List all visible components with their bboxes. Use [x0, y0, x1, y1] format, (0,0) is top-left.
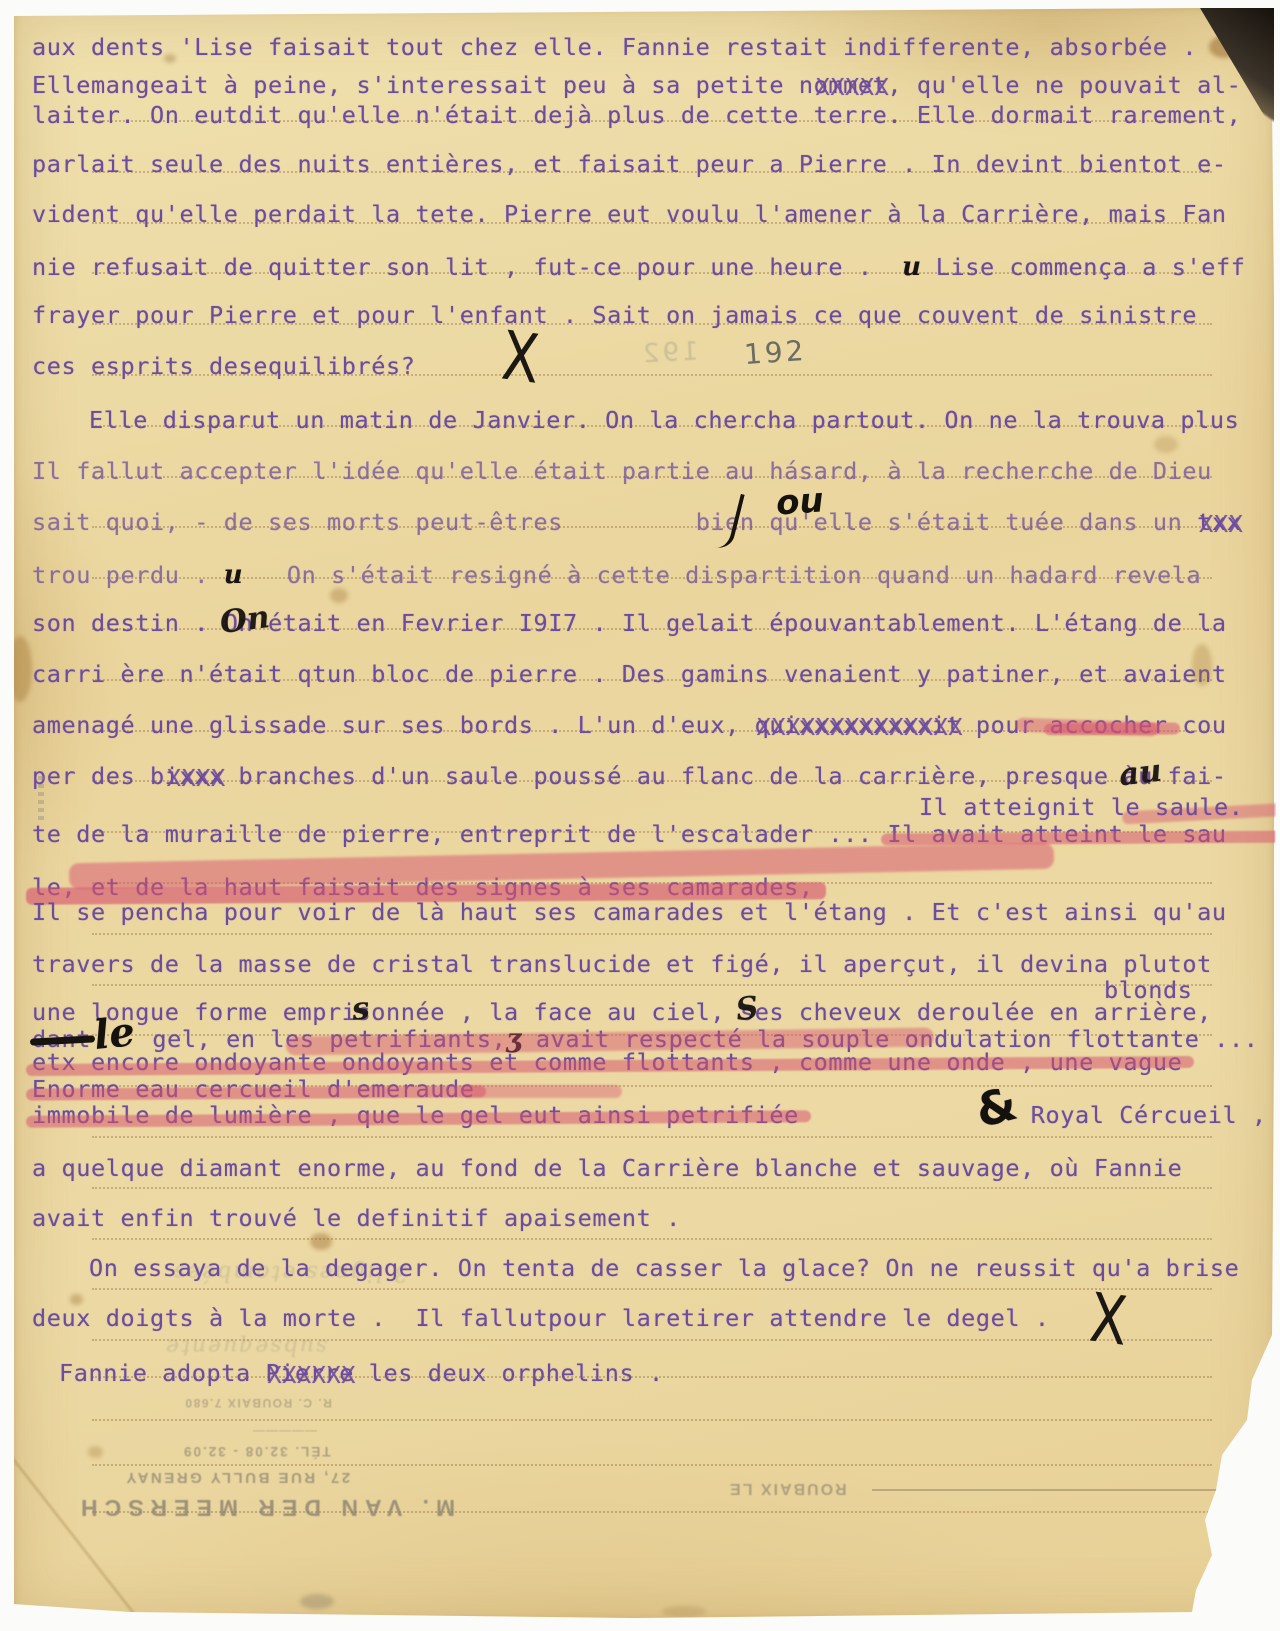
typed-text: amenagé une glissade sur ses bords . L'u…: [32, 711, 755, 739]
typed-text: parlait seule des nuits entières, et fai…: [32, 150, 1227, 178]
typed-line: travers de la masse de cristal transluci…: [32, 951, 1212, 978]
ruled-line: [92, 933, 1212, 935]
corner-crease: [0, 1420, 144, 1626]
typed-line: sait quoi, - de ses morts peut-êtres bie…: [32, 509, 1241, 536]
stain: [88, 1446, 103, 1458]
edge-mark: [38, 776, 44, 820]
ruled-line: [92, 1187, 1212, 1189]
typed-text: frayer pour Pierre et pour l'enfant . Sa…: [32, 301, 1197, 329]
pencil-page-number: 192: [743, 334, 808, 371]
handwritten-word: ou: [775, 480, 825, 523]
typed-text: travers de la masse de cristal transluci…: [32, 950, 1212, 978]
ruled-line: [92, 1136, 1212, 1138]
typed-line: Il se pencha pour voir de là haut ses ca…: [32, 899, 1227, 926]
ruled-line: [92, 1238, 1212, 1240]
typed-line: te de la muraille de pierre, entreprit d…: [32, 821, 1227, 848]
typed-line: Il fallut accepter l'idée qu'elle était …: [32, 458, 1212, 485]
stain: [8, 636, 32, 702]
letterhead-registry: R. C. ROUBAIX 7.680: [184, 1396, 332, 1410]
letterhead-place-date: ROUBAIX LE: [728, 1479, 847, 1497]
typed-text: était en Fevrier I9I7 . Il gelait épouva…: [253, 609, 1226, 637]
ghost-page-number: 192: [639, 336, 699, 369]
red-struck-text: accocher: [1050, 712, 1168, 739]
typed-text: aux dents 'Lise faisait tout chez elle. …: [32, 33, 1197, 61]
typed-text: Lise commença a s'eff: [921, 253, 1245, 281]
handwritten-correction: s: [356, 999, 371, 1026]
stain: [310, 1233, 332, 1250]
typed-text: son destin .: [32, 609, 224, 637]
typed-text: On s'était resigné à cette dispartition …: [243, 561, 1202, 589]
typed-text: nie refusait de quitter son lit , fut-ce…: [32, 253, 902, 281]
typed-line: laiter. On eutdit qu'elle n'était dejà p…: [32, 102, 1241, 129]
typed-line: immobile de lumière , que le gel eut ain…: [32, 1102, 1280, 1129]
letterhead-street: 27, RUE BULLY GRENAY: [124, 1469, 350, 1486]
typed-line: amenagé une glissade sur ses bords . L'u…: [32, 712, 1227, 739]
ink-x-mark: X: [499, 316, 542, 399]
typed-interline-insertion: Il atteignit le saule.: [919, 794, 1243, 821]
typed-text: carri ère n'était qtun bloc de pierre . …: [32, 660, 1227, 688]
typed-line: aux dents 'Lise faisait tout chez elle. …: [32, 34, 1197, 61]
overstruck-text: quixxxxxxxxxit: [755, 712, 961, 739]
ghost-handwriting: subsequente: [164, 1334, 327, 1359]
typed-line: etx encore ondoyante ondoyants et comme …: [32, 1049, 1182, 1076]
ruled-line: [92, 984, 1212, 986]
typed-text: deux doigts à la morte . Il fallutpour l…: [32, 1304, 1050, 1332]
typed-line: vident qu'elle perdait la tete. Pierre e…: [32, 201, 1227, 228]
typed-text: , qu'elle ne pouvait al-: [887, 71, 1241, 99]
overstruck-text: nommet: [799, 72, 888, 99]
red-struck-text: le, et de la haut faisait des signes à s…: [32, 874, 814, 901]
typed-line: ces esprits desequilibrés?: [32, 353, 415, 380]
typed-text: Royal Cércueil , pareil: [1016, 1101, 1280, 1129]
typed-text: [578, 508, 696, 536]
overstruck-text: Pierre: [265, 1360, 354, 1387]
typed-text: Elle disparut un matin de Janvier. On la…: [89, 406, 1239, 434]
red-struck-text: immobile de lumière , que le gel eut ain…: [32, 1102, 799, 1129]
handwritten-mark: u: [224, 560, 243, 590]
typed-line: trou perdu . u On s'était resigné à cett…: [32, 560, 1201, 590]
typed-text: Fannie adopta: [59, 1359, 265, 1387]
letterhead-name: M. VAN DER MEERSCH: [74, 1494, 455, 1521]
typed-line: parlait seule des nuits entières, et fai…: [32, 151, 1227, 178]
overstruck-text: txx: [1197, 509, 1241, 536]
handwritten-word: le: [94, 1032, 134, 1036]
typed-text: On essaya de la degager. On tenta de cas…: [89, 1254, 1239, 1282]
stain: [1154, 436, 1178, 453]
typed-text: laiter. On eutdit qu'elle n'était dejà p…: [32, 101, 1241, 129]
typed-line: Fannie adopta Pierre les deux orphelins …: [59, 1360, 664, 1387]
typed-text: une longue forme empri: [32, 998, 356, 1026]
stain: [662, 1606, 706, 1617]
typed-line: le, et de la haut faisait des signes à s…: [32, 874, 814, 901]
typed-line: Enorme eau cercueil d'emeraude: [32, 1076, 474, 1103]
typed-line: frayer pour Pierre et pour l'enfant . Sa…: [32, 302, 1197, 329]
typed-line: a quelque diamant enorme, au fond de la …: [32, 1155, 1182, 1182]
red-struck-text: Enorme eau cercueil d'emeraude: [32, 1076, 474, 1103]
typed-line: deux doigts à la morte . Il fallutpour l…: [32, 1305, 1050, 1332]
manuscript-scan: M. VAN DER MEERSCH 27, RUE BULLY GRENAY …: [0, 0, 1280, 1631]
typed-text: Il fallut accepter l'idée qu'elle était …: [32, 457, 1212, 485]
typed-text: les deux orphelins .: [354, 1359, 664, 1387]
ruled-line: [92, 1464, 1212, 1466]
typed-text: per des: [32, 762, 150, 790]
letterhead-dashes: —————: [252, 1425, 317, 1439]
handwritten-correction: àu: [1123, 763, 1153, 790]
typed-text: fai-: [1153, 762, 1227, 790]
typed-text: pour: [961, 711, 1050, 739]
ink-x-mark: X: [1087, 1278, 1130, 1361]
typed-line: carri ère n'était qtun bloc de pierre . …: [32, 661, 1227, 688]
ink-scribble: &: [976, 1102, 1015, 1112]
typed-text: te de la muraille de pierre, entreprit d…: [32, 820, 887, 848]
typed-line: Ellemangeait à peine, s'interessait peu …: [32, 72, 1241, 99]
ruled-line: [92, 1288, 1212, 1290]
overstruck-text: bixxx: [150, 763, 224, 790]
stain: [330, 588, 348, 603]
typed-text: ces esprits desequilibrés?: [32, 352, 415, 380]
typed-text: Il se pencha pour voir de là haut ses ca…: [32, 898, 1227, 926]
typed-line: Elle disparut un matin de Janvier. On la…: [89, 407, 1239, 434]
typed-text: Ellemangeait à peine, s'interessait peu …: [32, 71, 799, 99]
typed-text: trou perdu .: [32, 561, 224, 589]
letterhead-writing-line: [872, 1489, 1246, 1491]
red-struck-text: etx encore ondoyante ondoyants et comme …: [32, 1049, 1182, 1076]
typed-line: avait enfin trouvé le definitif apaiseme…: [32, 1205, 681, 1232]
handwritten-mark: u: [902, 252, 921, 282]
typed-line: per des bixxx branches d'un saule poussé…: [32, 763, 1227, 790]
typed-text: vident qu'elle perdait la tete. Pierre e…: [32, 200, 1227, 228]
typed-text: [799, 1101, 976, 1129]
typed-line: une longue forme emprisonnée , la face a…: [32, 999, 1212, 1026]
letterhead-phone: TÉL. 32.08 - 32.09: [182, 1444, 331, 1459]
stain: [300, 1594, 334, 1609]
typed-text: branches d'un saule poussé au flanc de l…: [224, 762, 1124, 790]
typed-text: bien qu'elle s'était tuée dans un: [696, 508, 1197, 536]
typed-text: a quelque diamant enorme, au fond de la …: [32, 1154, 1182, 1182]
handwritten-correction: On: [224, 610, 254, 637]
typed-line: On essaya de la degager. On tenta de cas…: [89, 1255, 1239, 1282]
red-struck-text: Il avait atteint le sau: [887, 821, 1226, 848]
typed-interline-insertion: blonds: [1104, 977, 1193, 1004]
paper-sheet: M. VAN DER MEERSCH 27, RUE BULLY GRENAY …: [14, 8, 1274, 1620]
typed-text: onnée , la face au ciel,: [371, 998, 740, 1026]
typed-text: avait enfin trouvé le definitif apaiseme…: [32, 1204, 681, 1232]
typed-line: son destin . On était en Fevrier I9I7 . …: [32, 610, 1227, 637]
ruled-line: [92, 1419, 1212, 1421]
typed-text: sait quoi, - de ses morts peut-êtres: [32, 508, 578, 536]
typed-line: nie refusait de quitter son lit , fut-ce…: [32, 252, 1246, 282]
handwritten-correction: s: [740, 999, 755, 1026]
